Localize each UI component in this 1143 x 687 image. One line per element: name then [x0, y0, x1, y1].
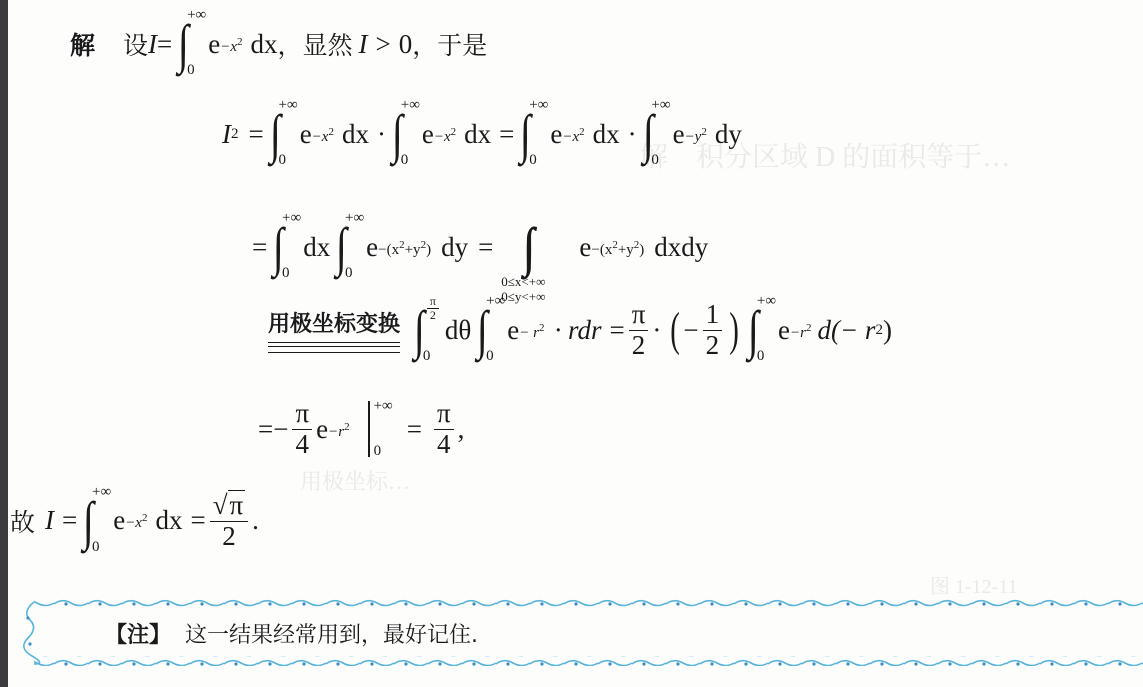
- multiply-dot: ·: [628, 119, 637, 150]
- integral: ∫+∞0: [641, 104, 671, 164]
- note-tag: 【注】: [105, 623, 171, 648]
- equals-minus: =−: [258, 414, 288, 445]
- integral: ∫+∞0: [271, 217, 301, 277]
- bleed-through-text: 图 1-12-11: [930, 570, 1018, 599]
- note-box: 【注】这一结果经常用到，最好记住.: [20, 598, 1143, 660]
- equals-sign: =: [499, 119, 514, 150]
- fraction-pi-over-4: π4: [434, 399, 454, 459]
- zero: 0: [399, 29, 413, 60]
- integral: ∫+∞0: [81, 491, 111, 551]
- conclusion-line: 故 I = ∫+∞0 e−x2 dx = √π 2 .: [10, 490, 259, 551]
- solution-label: 解: [70, 26, 95, 62]
- fraction-pi-over-4: π4: [292, 399, 312, 459]
- equals-sign: =: [609, 315, 624, 346]
- region-condition-x: 0≤x<+∞: [501, 274, 545, 289]
- equals-sign: =: [249, 119, 264, 150]
- integral: ∫+∞0: [518, 104, 548, 164]
- integral: ∫+∞0: [176, 14, 206, 74]
- text-therefore: ，于是: [412, 26, 487, 62]
- text-hence: 故: [10, 503, 35, 539]
- exp-base: e: [208, 29, 220, 60]
- fraction-one-half: 12: [703, 300, 723, 360]
- greater-than: >: [376, 29, 391, 60]
- var-I: I: [222, 119, 231, 150]
- var-I: I: [148, 29, 157, 60]
- text-obviously: ，显然: [277, 26, 352, 62]
- differential: dx: [250, 29, 277, 60]
- bleed-through-text: 用极坐标…: [300, 465, 410, 496]
- note-content: 【注】这一结果经常用到，最好记住.: [105, 618, 478, 649]
- integral: ∫+∞0: [334, 217, 364, 277]
- fraction-pi-over-2: π2: [629, 300, 649, 360]
- solution-line-4: 用极坐标变换 ∫π20 dθ ∫+∞0 e− r2 · rdr = π2 · (…: [268, 300, 892, 360]
- note-text: 这一结果经常用到，最好记住.: [185, 623, 478, 648]
- solution-line-2: I2 = ∫+∞0 e−x2 dx · ∫+∞0 e−x2 dx = ∫+∞0 …: [222, 104, 742, 164]
- double-integral: ∫∫ 0≤x<+∞ 0≤y<+∞: [501, 220, 545, 304]
- scan-edge: [0, 0, 8, 687]
- solution-line-5: =− π4 e−r2 +∞0 = π4 ,: [258, 398, 464, 460]
- solution-line-3: = ∫+∞0 dx ∫+∞0 e−(x2+y2) dy = ∫∫ 0≤x<+∞ …: [252, 190, 708, 304]
- equals-sign: =: [62, 505, 77, 536]
- equals-sign: =: [252, 232, 267, 263]
- equals-sign: =: [190, 505, 205, 536]
- fraction-sqrt-pi-over-2: √π 2: [210, 490, 248, 551]
- integral: ∫+∞0: [390, 104, 420, 164]
- multiply-dot: ·: [377, 119, 386, 150]
- integral-theta: ∫π20: [412, 300, 443, 360]
- integral-r: ∫+∞0: [746, 300, 776, 360]
- var-I: I: [359, 29, 368, 60]
- polar-transform-equals: 用极坐标变换: [268, 307, 400, 353]
- text-set: 设: [123, 26, 148, 62]
- equals-sign: =: [157, 29, 172, 60]
- equals-sign: =: [478, 232, 493, 263]
- integral-r: ∫+∞0: [475, 300, 505, 360]
- equals-sign: =: [407, 414, 422, 445]
- integral: ∫+∞0: [268, 104, 298, 164]
- var-I: I: [45, 505, 54, 536]
- evaluation-bar: [368, 401, 370, 457]
- solution-line-1: 解 设 I = ∫+∞0 e−x2 dx ，显然 I > 0 ，于是: [70, 14, 487, 74]
